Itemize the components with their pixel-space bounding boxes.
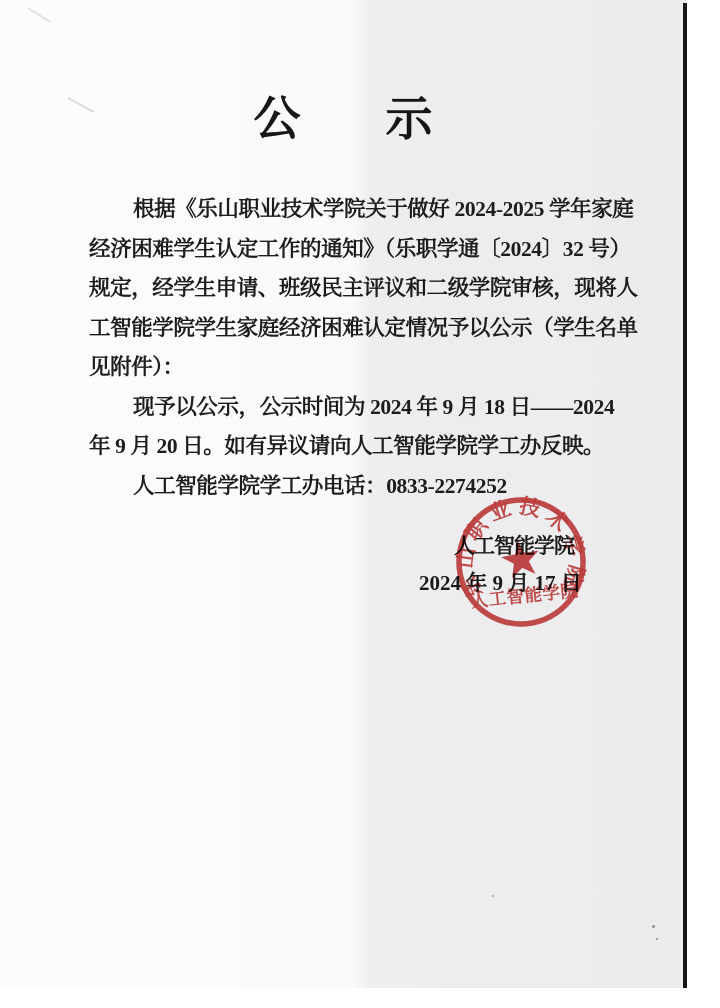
scan-speck bbox=[652, 925, 655, 928]
page-title: 公 示 bbox=[0, 82, 686, 149]
body-line: 经济困难学生认定工作的通知》（乐职学通〔2024〕32 号） bbox=[89, 230, 624, 270]
scan-speck bbox=[656, 938, 658, 940]
notice-body: 根据《乐山职业技术学院关于做好 2024-2025 学年家庭 经济困难学生认定工… bbox=[89, 190, 624, 506]
body-line: 年 9 月 20 日。如有异议请向人工智能学院学工办反映。 bbox=[89, 427, 624, 467]
scan-speck bbox=[492, 895, 494, 897]
title-char: 公 bbox=[254, 82, 301, 149]
body-line: 见附件）： bbox=[89, 348, 624, 388]
title-char: 示 bbox=[386, 82, 433, 149]
body-line: 工智能学院学生家庭经济困难认定情况予以公示（学生名单 bbox=[89, 309, 624, 349]
scan-edge-line bbox=[683, 3, 687, 988]
star-icon bbox=[499, 537, 543, 579]
official-seal: 乐山职业技术学院 人工智能学院 bbox=[441, 482, 601, 642]
body-line: 现予以公示，公示时间为 2024 年 9 月 18 日——2024 bbox=[89, 388, 624, 428]
scanned-notice-page: 公 示 根据《乐山职业技术学院关于做好 2024-2025 学年家庭 经济困难学… bbox=[0, 0, 720, 1008]
body-line: 根据《乐山职业技术学院关于做好 2024-2025 学年家庭 bbox=[89, 190, 624, 230]
body-line: 规定，经学生申请、班级民主评议和二级学院审核，现将人 bbox=[89, 269, 624, 309]
